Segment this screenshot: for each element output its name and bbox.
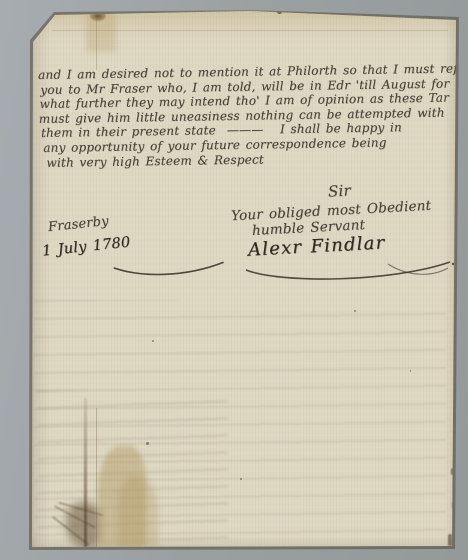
crease-streak — [59, 502, 104, 516]
paper-speck — [410, 370, 411, 372]
photograph-backdrop: and I am desired not to mention it at Ph… — [0, 0, 468, 560]
paper-speck — [240, 478, 242, 480]
top-discoloration-streak — [86, 10, 116, 52]
verso-show-through-lines — [34, 300, 446, 544]
right-edge-mark — [448, 534, 452, 546]
dateline-place: Fraserby — [47, 214, 109, 235]
verso-show-through-lines-strong — [38, 390, 228, 540]
bottom-fold-crease — [84, 398, 87, 547]
crease-streak — [52, 516, 89, 546]
crease-streak — [54, 505, 95, 528]
bottom-crease-stain — [66, 502, 100, 548]
paper-chain-line — [52, 30, 448, 31]
letter-sheet: and I am desired not to mention it at Ph… — [24, 10, 460, 550]
letter-body: and I am desired not to mention it at Ph… — [38, 61, 454, 170]
paper-speck — [152, 340, 154, 342]
dateline-date: 1 July 1780 — [41, 234, 131, 259]
date-flourish — [111, 256, 228, 284]
paper-speck — [146, 442, 149, 445]
bottom-tan-stain — [98, 446, 146, 547]
bottom-fold-crease-secondary — [96, 408, 97, 547]
paper-speck — [354, 310, 356, 312]
signature-flourish — [242, 256, 458, 286]
top-fold-crease — [96, 12, 97, 70]
bottom-tan-stain-inner — [118, 476, 158, 547]
salutation: Sir — [328, 181, 352, 200]
